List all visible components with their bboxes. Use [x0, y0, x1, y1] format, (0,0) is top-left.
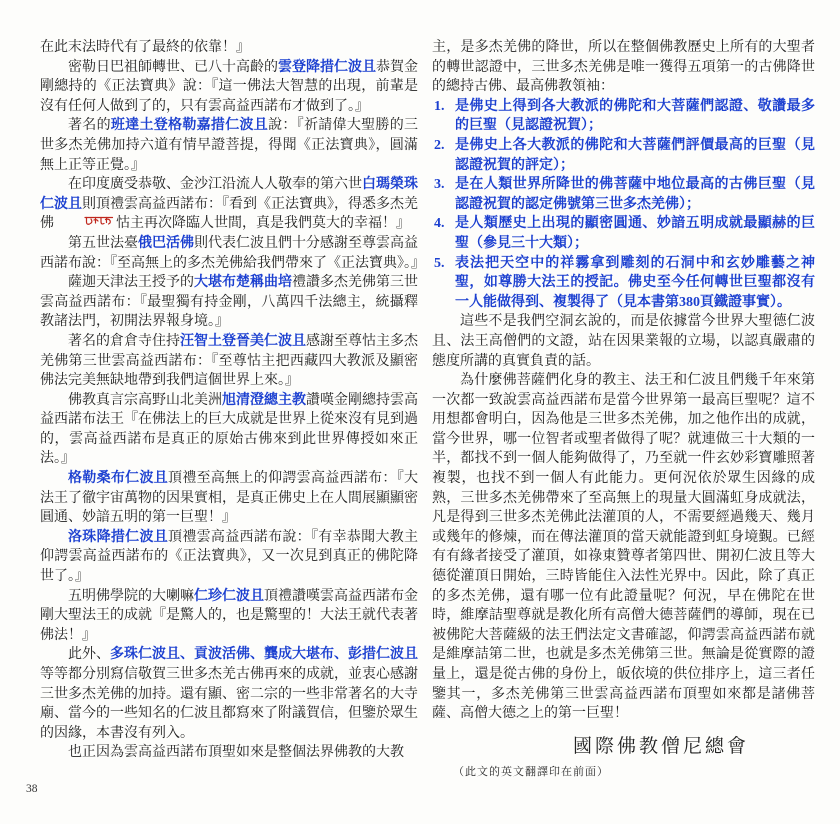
paragraph: 主，是多杰羌佛的降世，所以在整個佛教歷史上所有的大聖者的轉世認證中，三世多杰羌佛… — [432, 38, 815, 97]
paragraph: 五明佛學院的大喇嘛仁珍仁波且頂禮讚嘆雲高益西諾布金剛大聖法王的成就『是驚人的，也… — [40, 587, 418, 646]
body-text: 薩迦天津法王授予的 — [68, 275, 194, 290]
honoree-name: 汪智土登晉美仁波且 — [180, 334, 306, 349]
body-text: 等等都分別寫信敬賀三世多杰羌古佛再來的成就，並衷心感謝三世多杰羌佛的加持。還有顯… — [40, 667, 418, 741]
body-text: 著名的 — [68, 118, 111, 133]
book-page: 在此末法時代有了最終的依靠！』密勒日巴祖師轉世、已八十高齡的雲登降措仁波且恭賀金… — [0, 0, 840, 824]
numbered-list-item: 1.是佛史上得到各大教派的佛陀和大菩薩們認證、敬讚最多的巨聖（見認證祝賀）； — [432, 97, 815, 136]
honoree-name: 格勒桑布仁波且 — [68, 471, 168, 486]
signature-line: 國際佛教僧尼總會 — [432, 737, 815, 757]
paragraph: 薩迦天津法王授予的大堪布楚稱曲培禮讚多杰羌佛第三世雲高益西諾布：『最聖獨有持金剛… — [40, 273, 418, 332]
paragraph: 洛珠降措仁波且頂禮雲高益西諾布說：『有幸恭聞大教主仰諤雲高益西諾布的《正法寶典》… — [40, 528, 418, 587]
numbered-list-item: 3.是在人類世界所降世的佛菩薩中地位最高的古佛巨聖（見認證祝賀的認定佛號第三世多… — [432, 175, 815, 214]
body-text: 為什麼佛菩薩們化身的教主、法王和仁波且們幾千年來第一次都一致說雲高益西諾布是當今… — [432, 373, 815, 721]
body-text: 在印度廣受恭敬、金沙江沿流人人敬奉的第六世 — [68, 177, 362, 192]
paragraph: 密勒日巴祖師轉世、已八十高齡的雲登降措仁波且恭賀金剛總持的《正法寶典》說：『這一… — [40, 58, 418, 117]
body-text: 著名的倉倉寺住持 — [68, 334, 180, 349]
paragraph: 在印度廣受恭敬、金沙江沿流人人敬奉的第六世白瑪榮珠仁波且則頂禮雲高益西諾布：『看… — [40, 175, 418, 234]
body-text: 怙主再次降臨人世間，真是我們莫大的幸福！』 — [116, 216, 410, 231]
list-item-text: 是人類歷史上出現的顯密圓通、妙諳五明成就最顯赫的巨聖（參見三十大類）； — [455, 216, 815, 251]
list-number: 2. — [434, 136, 445, 156]
list-item-text: 是佛史上各大教派的佛陀和大菩薩們評價最高的巨聖（見認證祝賀的評定）； — [455, 138, 815, 173]
body-text: 主，是多杰羌佛的降世，所以在整個佛教歷史上所有的大聖者的轉世認證中，三世多杰羌佛… — [432, 40, 815, 94]
list-item-text: 是佛史上得到各大教派的佛陀和大菩薩們認證、敬讚最多的巨聖（見認證祝賀）； — [455, 99, 815, 134]
paragraph: 著名的倉倉寺住持汪智土登晉美仁波且感謝至尊怙主多杰羌佛第三世雲高益西諾布：『至尊… — [40, 332, 418, 391]
left-column: 在此末法時代有了最終的依靠！』密勒日巴祖師轉世、已八十高齡的雲登降措仁波且恭賀金… — [40, 38, 418, 763]
numbered-list-item: 2.是佛史上各大教派的佛陀和大菩薩們評價最高的巨聖（見認證祝賀的評定）； — [432, 136, 815, 175]
translation-note: （此文的英文翻譯印在前面） — [432, 763, 815, 783]
list-item-text: 表法把天空中的祥霧拿到雕刻的石洞中和玄妙雕藝之神聖，如尊勝大法王的授記。佛史至今… — [455, 256, 815, 310]
honoree-name: 仁珍仁波且 — [194, 589, 264, 604]
body-text: 佛教真言宗高野山北美洲 — [68, 393, 222, 408]
body-text: 五明佛學院的大喇嘛 — [68, 589, 194, 604]
body-text: 此外、 — [68, 647, 110, 662]
numbered-list-item: 4.是人類歷史上出現的顯密圓通、妙諳五明成就最顯赫的巨聖（參見三十大類）； — [432, 214, 815, 253]
body-text: 密勒日巴祖師轉世、已八十高齡的 — [68, 60, 278, 75]
right-column-text: 主，是多杰羌佛的降世，所以在整個佛教歷史上所有的大聖者的轉世認證中，三世多杰羌佛… — [432, 38, 815, 724]
body-text: 第五世法臺 — [68, 236, 138, 251]
page-number: 38 — [26, 783, 38, 795]
honoree-name: 洛珠降措仁波且 — [68, 530, 168, 545]
paragraph: 在此末法時代有了最終的依靠！』 — [40, 38, 418, 58]
list-number: 1. — [434, 97, 445, 117]
paragraph: 格勒桑布仁波且頂禮至高無上的仰諤雲高益西諾布：『大法王了徹宇宙萬物的因果實相，是… — [40, 469, 418, 528]
list-item-text: 是在人類世界所降世的佛菩薩中地位最高的古佛巨聖（見認證祝賀的認定佛號第三世多杰羌… — [455, 177, 815, 212]
right-column: 主，是多杰羌佛的降世，所以在整個佛教歷史上所有的大聖者的轉世認證中，三世多杰羌佛… — [432, 38, 815, 783]
list-number: 3. — [434, 175, 445, 195]
paragraph: 第五世法臺俄巴活佛則代表仁波且們十分感謝至尊雲高益西諾布說：『至高無上的多杰羌佛… — [40, 234, 418, 273]
honoree-name: 多珠仁波且、貢波活佛、龔成大堪布、彭措仁波且 — [110, 647, 418, 662]
honoree-name: 大堪布楚稱曲培 — [194, 275, 292, 290]
paragraph: 這些不是我們空洞玄說的，而是依據當今世界大聖德仁波且、法王高僧們的文證，站在因果… — [432, 312, 815, 371]
numbered-list-item: 5.表法把天空中的祥霧拿到雕刻的石洞中和玄妙雕藝之神聖，如尊勝大法王的授記。佛史… — [432, 254, 815, 313]
honoree-name: 俄巴活佛 — [138, 236, 194, 251]
paragraph: 也正因為雲高益西諾布頂聖如來是整個法界佛教的大教 — [40, 743, 418, 763]
honoree-name: 旭清澄總主教 — [222, 393, 306, 408]
body-text: 在此末法時代有了最終的依靠！』 — [40, 40, 250, 55]
list-number: 4. — [434, 214, 445, 234]
paragraph: 此外、多珠仁波且、貢波活佛、龔成大堪布、彭措仁波且等等都分別寫信敬賀三世多杰羌古… — [40, 645, 418, 743]
body-text: 也正因為雲高益西諾布頂聖如來是整個法界佛教的大教 — [68, 745, 404, 760]
honoree-name: 班達土登格勒嘉措仁波且 — [111, 118, 268, 133]
paragraph: 佛教真言宗高野山北美洲旭清澄總主教讚嘆金剛總持雲高益西諾布法王『在佛法上的巨大成… — [40, 391, 418, 469]
paragraph: 著名的班達土登格勒嘉措仁波且說：『祈請偉大聖勝的三世多杰羌佛加持六道有情早證菩提… — [40, 116, 418, 175]
list-number: 5. — [434, 254, 445, 274]
body-text: 這些不是我們空洞玄說的，而是依據當今世界大聖德仁波且、法王高僧們的文證，站在因果… — [432, 314, 815, 368]
tibetan-script-annotation — [56, 215, 114, 228]
paragraph: 為什麼佛菩薩們化身的教主、法王和仁波且們幾千年來第一次都一致說雲高益西諾布是當今… — [432, 371, 815, 724]
honoree-name: 雲登降措仁波且 — [278, 60, 376, 75]
